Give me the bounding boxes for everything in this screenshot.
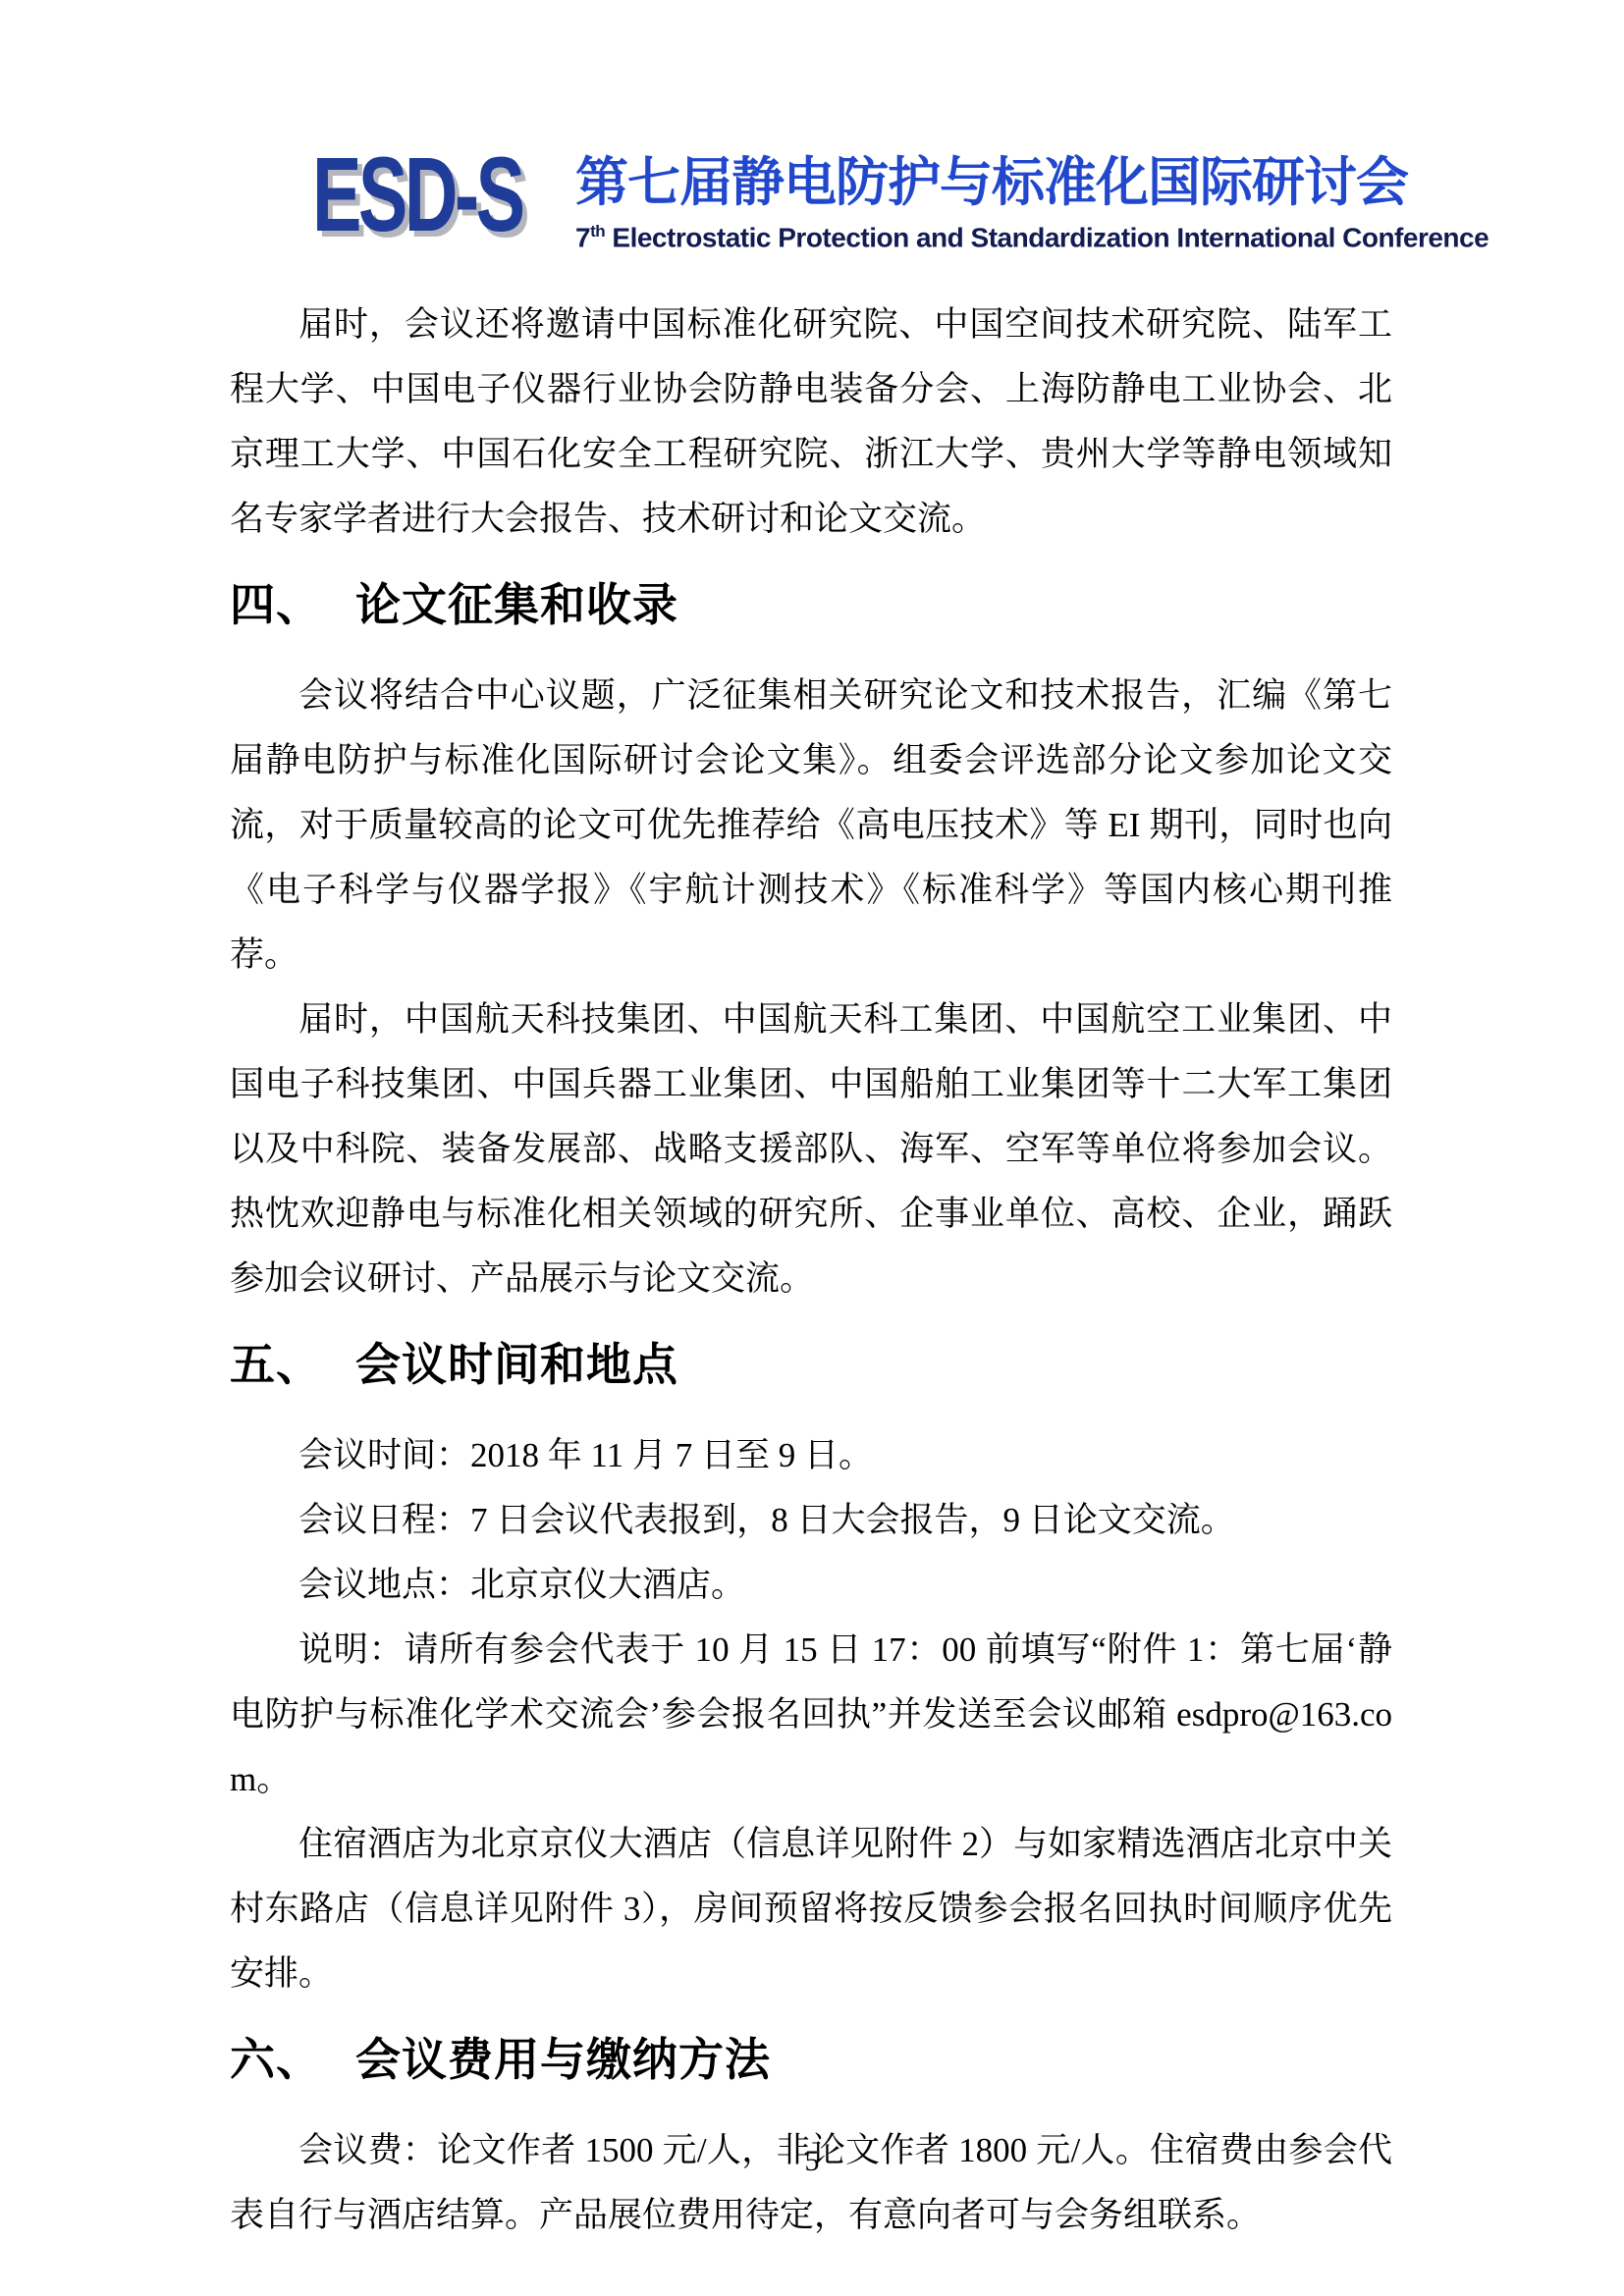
intro-paragraph: 届时，会议还将邀请中国标准化研究院、中国空间技术研究院、陆军工程大学、中国电子仪… xyxy=(230,293,1392,552)
section-heading-5: 五、会议时间和地点 xyxy=(230,1337,1392,1394)
subtitle-number: 7 xyxy=(575,222,590,252)
meeting-schedule-line: 会议日程：7 日会议代表报到，8 日大会报告，9 日论文交流。 xyxy=(230,1488,1392,1553)
header-titles: 第七届静电防护与标准化国际研讨会 7th Electrostatic Prote… xyxy=(575,155,1489,253)
conference-subtitle-en: 7th Electrostatic Protection and Standar… xyxy=(575,216,1489,253)
section4-paragraph-1: 会议将结合中心议题，广泛征集相关研究论文和技术报告，汇编《第七届静电防护与标准化… xyxy=(230,664,1392,988)
document-body: 届时，会议还将邀请中国标准化研究院、中国空间技术研究院、陆军工程大学、中国电子仪… xyxy=(230,293,1392,2248)
meeting-venue-line: 会议地点：北京京仪大酒店。 xyxy=(230,1553,1392,1618)
section4-paragraph-2: 届时，中国航天科技集团、中国航天科工集团、中国航空工业集团、中国电子科技集团、中… xyxy=(230,988,1392,1311)
esd-s-logo-text: ESD-S xyxy=(312,147,474,241)
section-heading-4: 四、论文征集和收录 xyxy=(230,577,1392,634)
section-number: 六、 xyxy=(230,2035,322,2085)
section-number: 五、 xyxy=(230,1340,322,1390)
hotel-paragraph: 住宿酒店为北京京仪大酒店（信息详见附件 2）与如家精选酒店北京中关村东路店（信息… xyxy=(230,1812,1392,2006)
section-number: 四、 xyxy=(230,580,322,630)
subtitle-ordinal: th xyxy=(590,222,605,240)
document-page: ESD-S 第七届静电防护与标准化国际研讨会 7th Electrostatic… xyxy=(0,0,1624,2296)
section-title: 论文征集和收录 xyxy=(355,580,678,630)
conference-header: ESD-S 第七届静电防护与标准化国际研讨会 7th Electrostatic… xyxy=(312,147,1624,253)
conference-title-zh: 第七届静电防护与标准化国际研讨会 xyxy=(575,155,1489,210)
section-title: 会议时间和地点 xyxy=(355,1340,678,1390)
page-number: 5 xyxy=(0,2145,1624,2178)
fee-paragraph: 会议费：论文作者 1500 元/人，非论文作者 1800 元/人。住宿费由参会代… xyxy=(230,2118,1392,2248)
subtitle-text: Electrostatic Protection and Standardiza… xyxy=(605,222,1489,252)
section-title: 会议费用与缴纳方法 xyxy=(355,2035,771,2085)
esd-s-logo: ESD-S xyxy=(312,147,544,241)
section-heading-6: 六、会议费用与缴纳方法 xyxy=(230,2032,1392,2089)
registration-note-paragraph: 说明：请所有参会代表于 10 月 15 日 17：00 前填写“附件 1：第七届… xyxy=(230,1618,1392,1812)
meeting-time-line: 会议时间：2018 年 11 月 7 日至 9 日。 xyxy=(230,1423,1392,1488)
